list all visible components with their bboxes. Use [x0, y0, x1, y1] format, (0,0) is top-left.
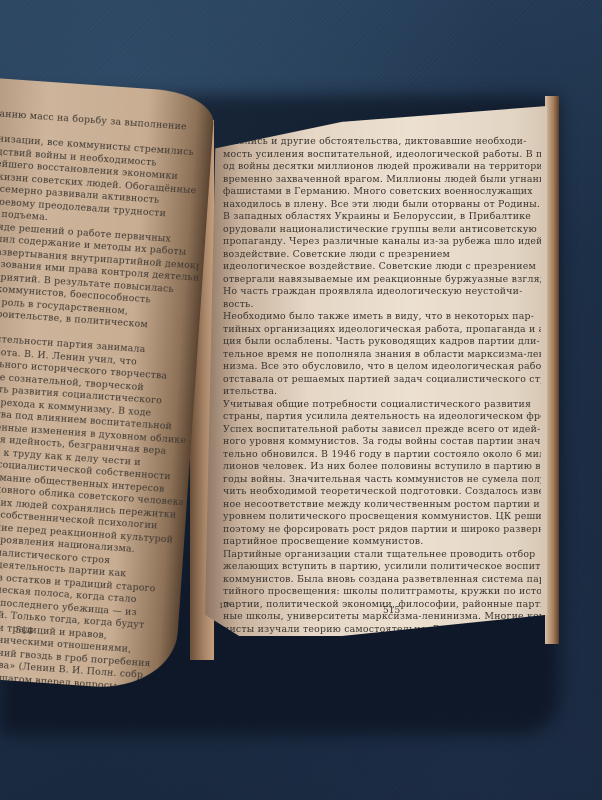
text-line: вость. — [223, 299, 541, 312]
right-page-number: 515 — [383, 606, 400, 616]
text-line: тийных организациях идеологическая работ… — [223, 324, 541, 337]
right-page: Имелись и другие обстоятельства, диктова… — [205, 106, 547, 636]
text-line: лионов человек. Из них более половины вс… — [223, 461, 541, 474]
text-line: отвергали навязываемые им реакционные бу… — [223, 274, 541, 287]
left-page-text: анию масс на борьбу за выполнение низаци… — [0, 108, 209, 692]
text-line: Имелись и другие обстоятельства, диктова… — [223, 136, 541, 149]
text-line: тельно обновился. В 1946 году в партии с… — [223, 449, 541, 462]
text-line: партийное просвещение коммунистов. — [223, 536, 541, 549]
text-line: идеологическое воздействие. Советские лю… — [223, 261, 541, 274]
text-line: находилось в плену. Все эти люди были от… — [223, 199, 541, 212]
text-line: Партийные организации стали тщательнее п… — [223, 549, 541, 562]
text-line: Успех воспитательной работы зависел преж… — [223, 424, 541, 437]
right-page-text: Имелись и другие обстоятельства, диктова… — [223, 136, 541, 636]
text-line: В западных областях Украины и Белоруссии… — [223, 211, 541, 224]
text-line: низма. Все это обусловило, что в целом и… — [223, 361, 541, 374]
text-line: воздействие. Советские люди с презрением — [223, 249, 541, 262]
text-line: фашистами в Германию. Много советских во… — [223, 186, 541, 199]
text-line: чить необходимой теоретической подготовк… — [223, 486, 541, 499]
text-line: тельное время не пополняла знания в обла… — [223, 349, 541, 362]
text-line: Необходимо было также иметь в виду, что … — [223, 311, 541, 324]
right-page-stack-edge — [545, 96, 559, 644]
text-line: временно захваченной врагом. Миллионы лю… — [223, 174, 541, 187]
text-line: Но часть граждан проявляла идеологическу… — [223, 286, 541, 299]
text-line: ное несоответствие между количественным … — [223, 499, 541, 512]
text-line: годы войны. Значительная часть коммунист… — [223, 474, 541, 487]
text-line: поэтому не форсировать рост рядов партии… — [223, 524, 541, 537]
text-line: отставала от решаемых партией задач соци… — [223, 374, 541, 387]
text-line: ция были ослаблены. Часть руководящих ка… — [223, 336, 541, 349]
signature-mark: 17* — [219, 602, 231, 610]
text-line: мость усиления воспитательной, идеологич… — [223, 149, 541, 162]
text-line: од войны десятки миллионов людей прожива… — [223, 161, 541, 174]
text-line: уровнем политического просвещения коммун… — [223, 511, 541, 524]
text-line: орудовали националистические группы вели… — [223, 224, 541, 237]
text-line: пропаганду. Через различные каналы из-за… — [223, 236, 541, 249]
left-page-number: 514 — [15, 626, 33, 637]
text-line: коммунистов. Была вновь создана разветвл… — [223, 574, 541, 587]
text-line: ительства. — [223, 386, 541, 399]
text-line: ного уровня коммунистов. За годы войны с… — [223, 436, 541, 449]
text-line: желающих вступить в партию, усилили поли… — [223, 561, 541, 574]
text-line: Учитывая общие потребности социалистичес… — [223, 399, 541, 412]
text-line: партии, политической экономии, философии… — [223, 599, 541, 612]
text-line: страны, партия усилила деятельность на и… — [223, 411, 541, 424]
text-line: тийного просвещения: школы политграмоты,… — [223, 586, 541, 599]
